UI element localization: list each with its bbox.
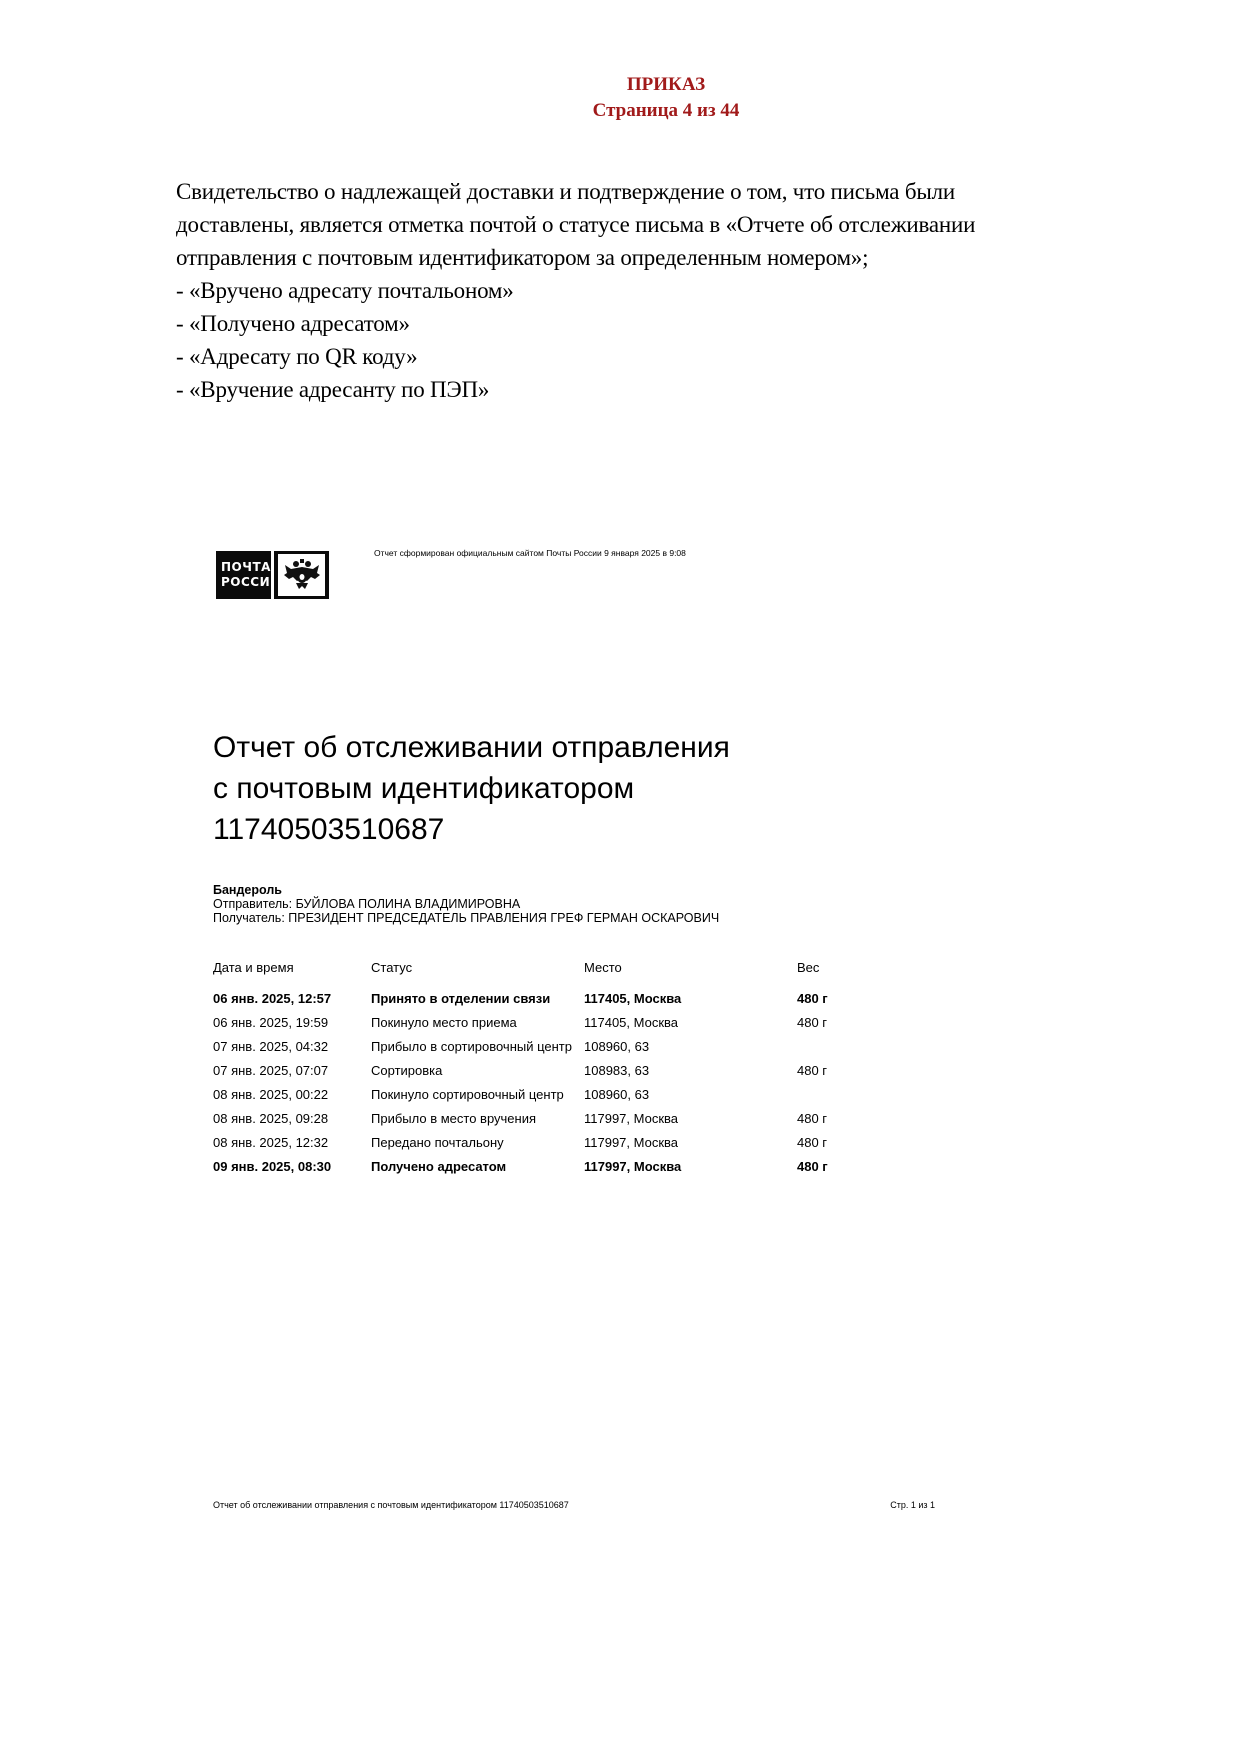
cell-weight	[794, 1036, 860, 1060]
tracking-table: Дата и время Статус Место Вес 06 янв. 20…	[210, 957, 860, 1180]
cell-weight: 480 г	[794, 1132, 860, 1156]
cell-datetime: 08 янв. 2025, 00:22	[210, 1084, 368, 1108]
sender-row: Отправитель: БУЙЛОВА ПОЛИНА ВЛАДИМИРОВНА	[213, 897, 719, 911]
tracking-number: 11740503510687	[213, 809, 730, 850]
intro-list-item: - «Вручено адресату почтальоном»	[176, 274, 1076, 307]
column-header-place: Место	[581, 957, 794, 988]
footer-title: Отчет об отслеживании отправления с почт…	[213, 1500, 569, 1510]
logo-line-2: РОССИИ	[221, 575, 271, 590]
intro-paragraph: Свидетельство о надлежащей доставки и по…	[176, 175, 1076, 406]
report-generated-note: Отчет сформирован официальным сайтом Поч…	[374, 548, 686, 558]
cell-place: 108960, 63	[581, 1084, 794, 1108]
cell-place: 117997, Москва	[581, 1132, 794, 1156]
sender-label: Отправитель:	[213, 897, 292, 911]
footer-page: Стр. 1 из 1	[890, 1500, 935, 1510]
cell-weight: 480 г	[794, 1108, 860, 1132]
table-row: 06 янв. 2025, 19:59Покинуло место приема…	[210, 1012, 860, 1036]
cell-datetime: 06 янв. 2025, 12:57	[210, 988, 368, 1012]
cell-weight: 480 г	[794, 1156, 860, 1180]
cell-weight: 480 г	[794, 1060, 860, 1084]
cell-weight: 480 г	[794, 988, 860, 1012]
cell-place: 117405, Москва	[581, 988, 794, 1012]
logo-line-1: ПОЧТА	[221, 560, 271, 575]
cell-datetime: 07 янв. 2025, 04:32	[210, 1036, 368, 1060]
cell-status: Передано почтальону	[368, 1132, 581, 1156]
table-row: 06 янв. 2025, 12:57Принято в отделении с…	[210, 988, 860, 1012]
intro-line: доставлены, является отметка почтой о ст…	[176, 208, 1076, 241]
logo-emblem	[274, 551, 329, 599]
document-header: ПРИКАЗ Страница 4 из 44	[0, 72, 1241, 124]
intro-list-item: - «Получено адресатом»	[176, 307, 1076, 340]
intro-line: отправления с почтовым идентификатором з…	[176, 241, 1076, 274]
recipient-row: Получатель: ПРЕЗИДЕНТ ПРЕДСЕДАТЕЛЬ ПРАВЛ…	[213, 911, 719, 925]
cell-status: Прибыло в сортировочный центр	[368, 1036, 581, 1060]
cell-status: Прибыло в место вручения	[368, 1108, 581, 1132]
sender-value: БУЙЛОВА ПОЛИНА ВЛАДИМИРОВНА	[296, 897, 521, 911]
report-title-line: Отчет об отслеживании отправления	[213, 727, 730, 768]
cell-datetime: 08 янв. 2025, 12:32	[210, 1132, 368, 1156]
report-title-line: с почтовым идентификатором	[213, 768, 730, 809]
intro-list-item: - «Вручение адресанту по ПЭП»	[176, 373, 1076, 406]
recipient-value: ПРЕЗИДЕНТ ПРЕДСЕДАТЕЛЬ ПРАВЛЕНИЯ ГРЕФ ГЕ…	[288, 911, 719, 925]
recipient-label: Получатель:	[213, 911, 285, 925]
table-row: 07 янв. 2025, 07:07Сортировка108983, 634…	[210, 1060, 860, 1084]
report-title: Отчет об отслеживании отправления с почт…	[213, 727, 730, 850]
table-row: 08 янв. 2025, 12:32Передано почтальону11…	[210, 1132, 860, 1156]
intro-line: Свидетельство о надлежащей доставки и по…	[176, 175, 1076, 208]
cell-weight	[794, 1084, 860, 1108]
pochta-rossii-logo: ПОЧТА РОССИИ	[216, 551, 329, 599]
table-row: 08 янв. 2025, 00:22Покинуло сортировочны…	[210, 1084, 860, 1108]
column-header-datetime: Дата и время	[210, 957, 368, 988]
double-headed-eagle-icon	[283, 557, 321, 593]
cell-status: Покинуло место приема	[368, 1012, 581, 1036]
report-footer: Отчет об отслеживании отправления с почт…	[213, 1500, 935, 1510]
cell-status: Принято в отделении связи	[368, 988, 581, 1012]
header-title: ПРИКАЗ	[0, 72, 1241, 98]
cell-datetime: 06 янв. 2025, 19:59	[210, 1012, 368, 1036]
cell-status: Сортировка	[368, 1060, 581, 1084]
cell-datetime: 07 янв. 2025, 07:07	[210, 1060, 368, 1084]
column-header-weight: Вес	[794, 957, 860, 988]
cell-datetime: 08 янв. 2025, 09:28	[210, 1108, 368, 1132]
cell-place: 117405, Москва	[581, 1012, 794, 1036]
cell-status: Получено адресатом	[368, 1156, 581, 1180]
cell-place: 117997, Москва	[581, 1108, 794, 1132]
cell-place: 108960, 63	[581, 1036, 794, 1060]
cell-place: 117997, Москва	[581, 1156, 794, 1180]
cell-datetime: 09 янв. 2025, 08:30	[210, 1156, 368, 1180]
table-row: 07 янв. 2025, 04:32Прибыло в сортировочн…	[210, 1036, 860, 1060]
cell-place: 108983, 63	[581, 1060, 794, 1084]
table-row: 09 янв. 2025, 08:30Получено адресатом117…	[210, 1156, 860, 1180]
table-header-row: Дата и время Статус Место Вес	[210, 957, 860, 988]
column-header-status: Статус	[368, 957, 581, 988]
cell-weight: 480 г	[794, 1012, 860, 1036]
shipment-info: Бандероль Отправитель: БУЙЛОВА ПОЛИНА ВЛ…	[213, 883, 719, 925]
table-row: 08 янв. 2025, 09:28Прибыло в место вруче…	[210, 1108, 860, 1132]
item-type: Бандероль	[213, 883, 719, 897]
header-page-number: Страница 4 из 44	[0, 98, 1241, 124]
cell-status: Покинуло сортировочный центр	[368, 1084, 581, 1108]
logo-wordmark: ПОЧТА РОССИИ	[216, 551, 271, 599]
intro-list-item: - «Адресату по QR коду»	[176, 340, 1076, 373]
